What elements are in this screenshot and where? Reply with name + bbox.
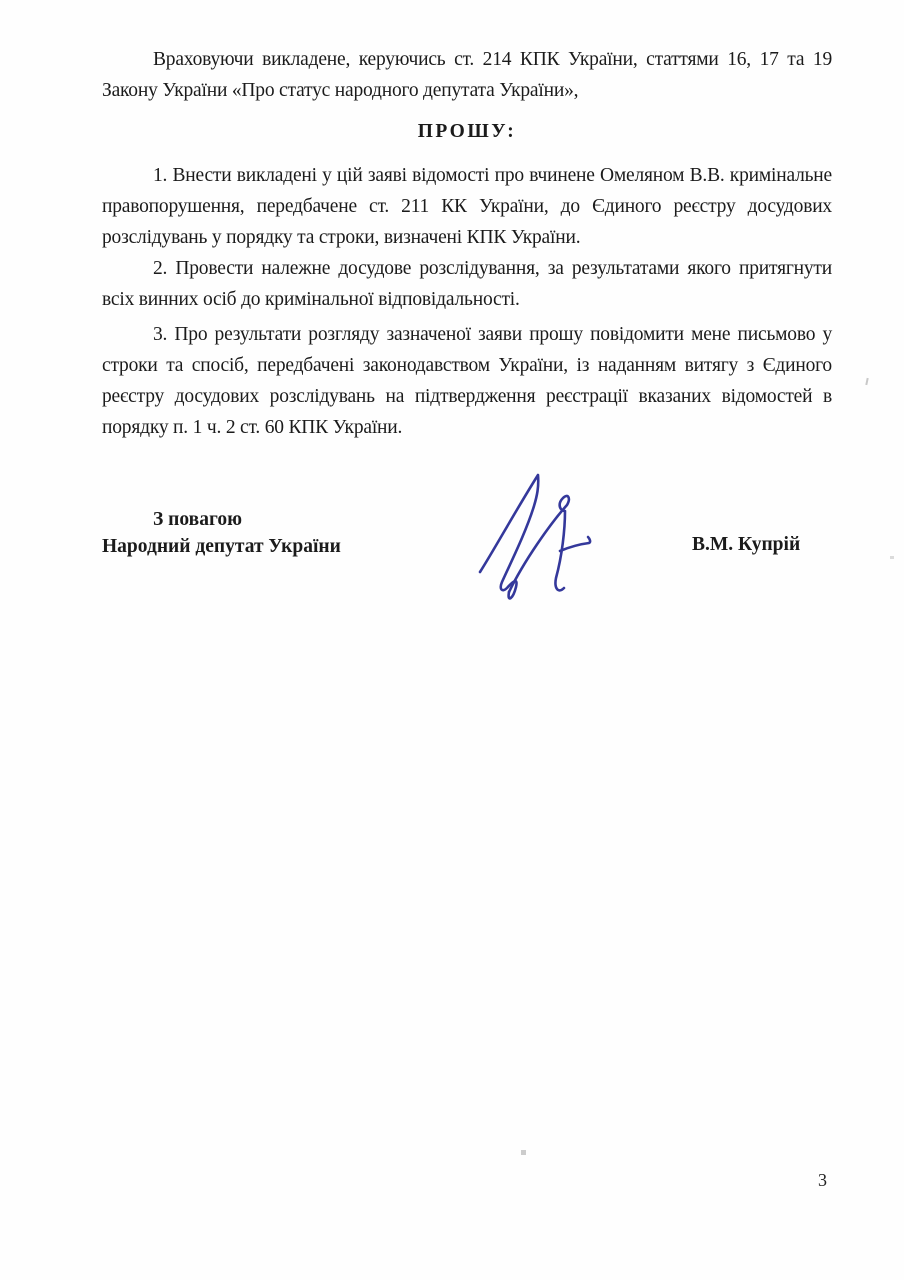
signatory-title: Народний депутат України — [102, 533, 341, 560]
document-body: Враховуючи викладене, керуючись ст. 214 … — [102, 44, 832, 443]
scan-speck — [890, 556, 894, 559]
scan-speck — [521, 1150, 526, 1155]
request-item-1: 1. Внести викладені у цій заяві відомост… — [102, 160, 832, 253]
closing-salutation: З повагою — [153, 506, 242, 533]
page-number: 3 — [818, 1170, 827, 1191]
intro-paragraph: Враховуючи викладене, керуючись ст. 214 … — [102, 44, 832, 106]
request-item-2: 2. Провести належне досудове розслідуван… — [102, 253, 832, 315]
signatory-name: В.М. Купрій — [692, 531, 800, 558]
scan-speck — [865, 378, 868, 385]
request-heading: ПРОШУ: — [102, 116, 832, 147]
request-item-3: 3. Про результати розгляду зазначеної за… — [102, 319, 832, 443]
handwritten-signature-ink — [450, 460, 650, 630]
scanned-document-page: Враховуючи викладене, керуючись ст. 214 … — [0, 0, 904, 1280]
